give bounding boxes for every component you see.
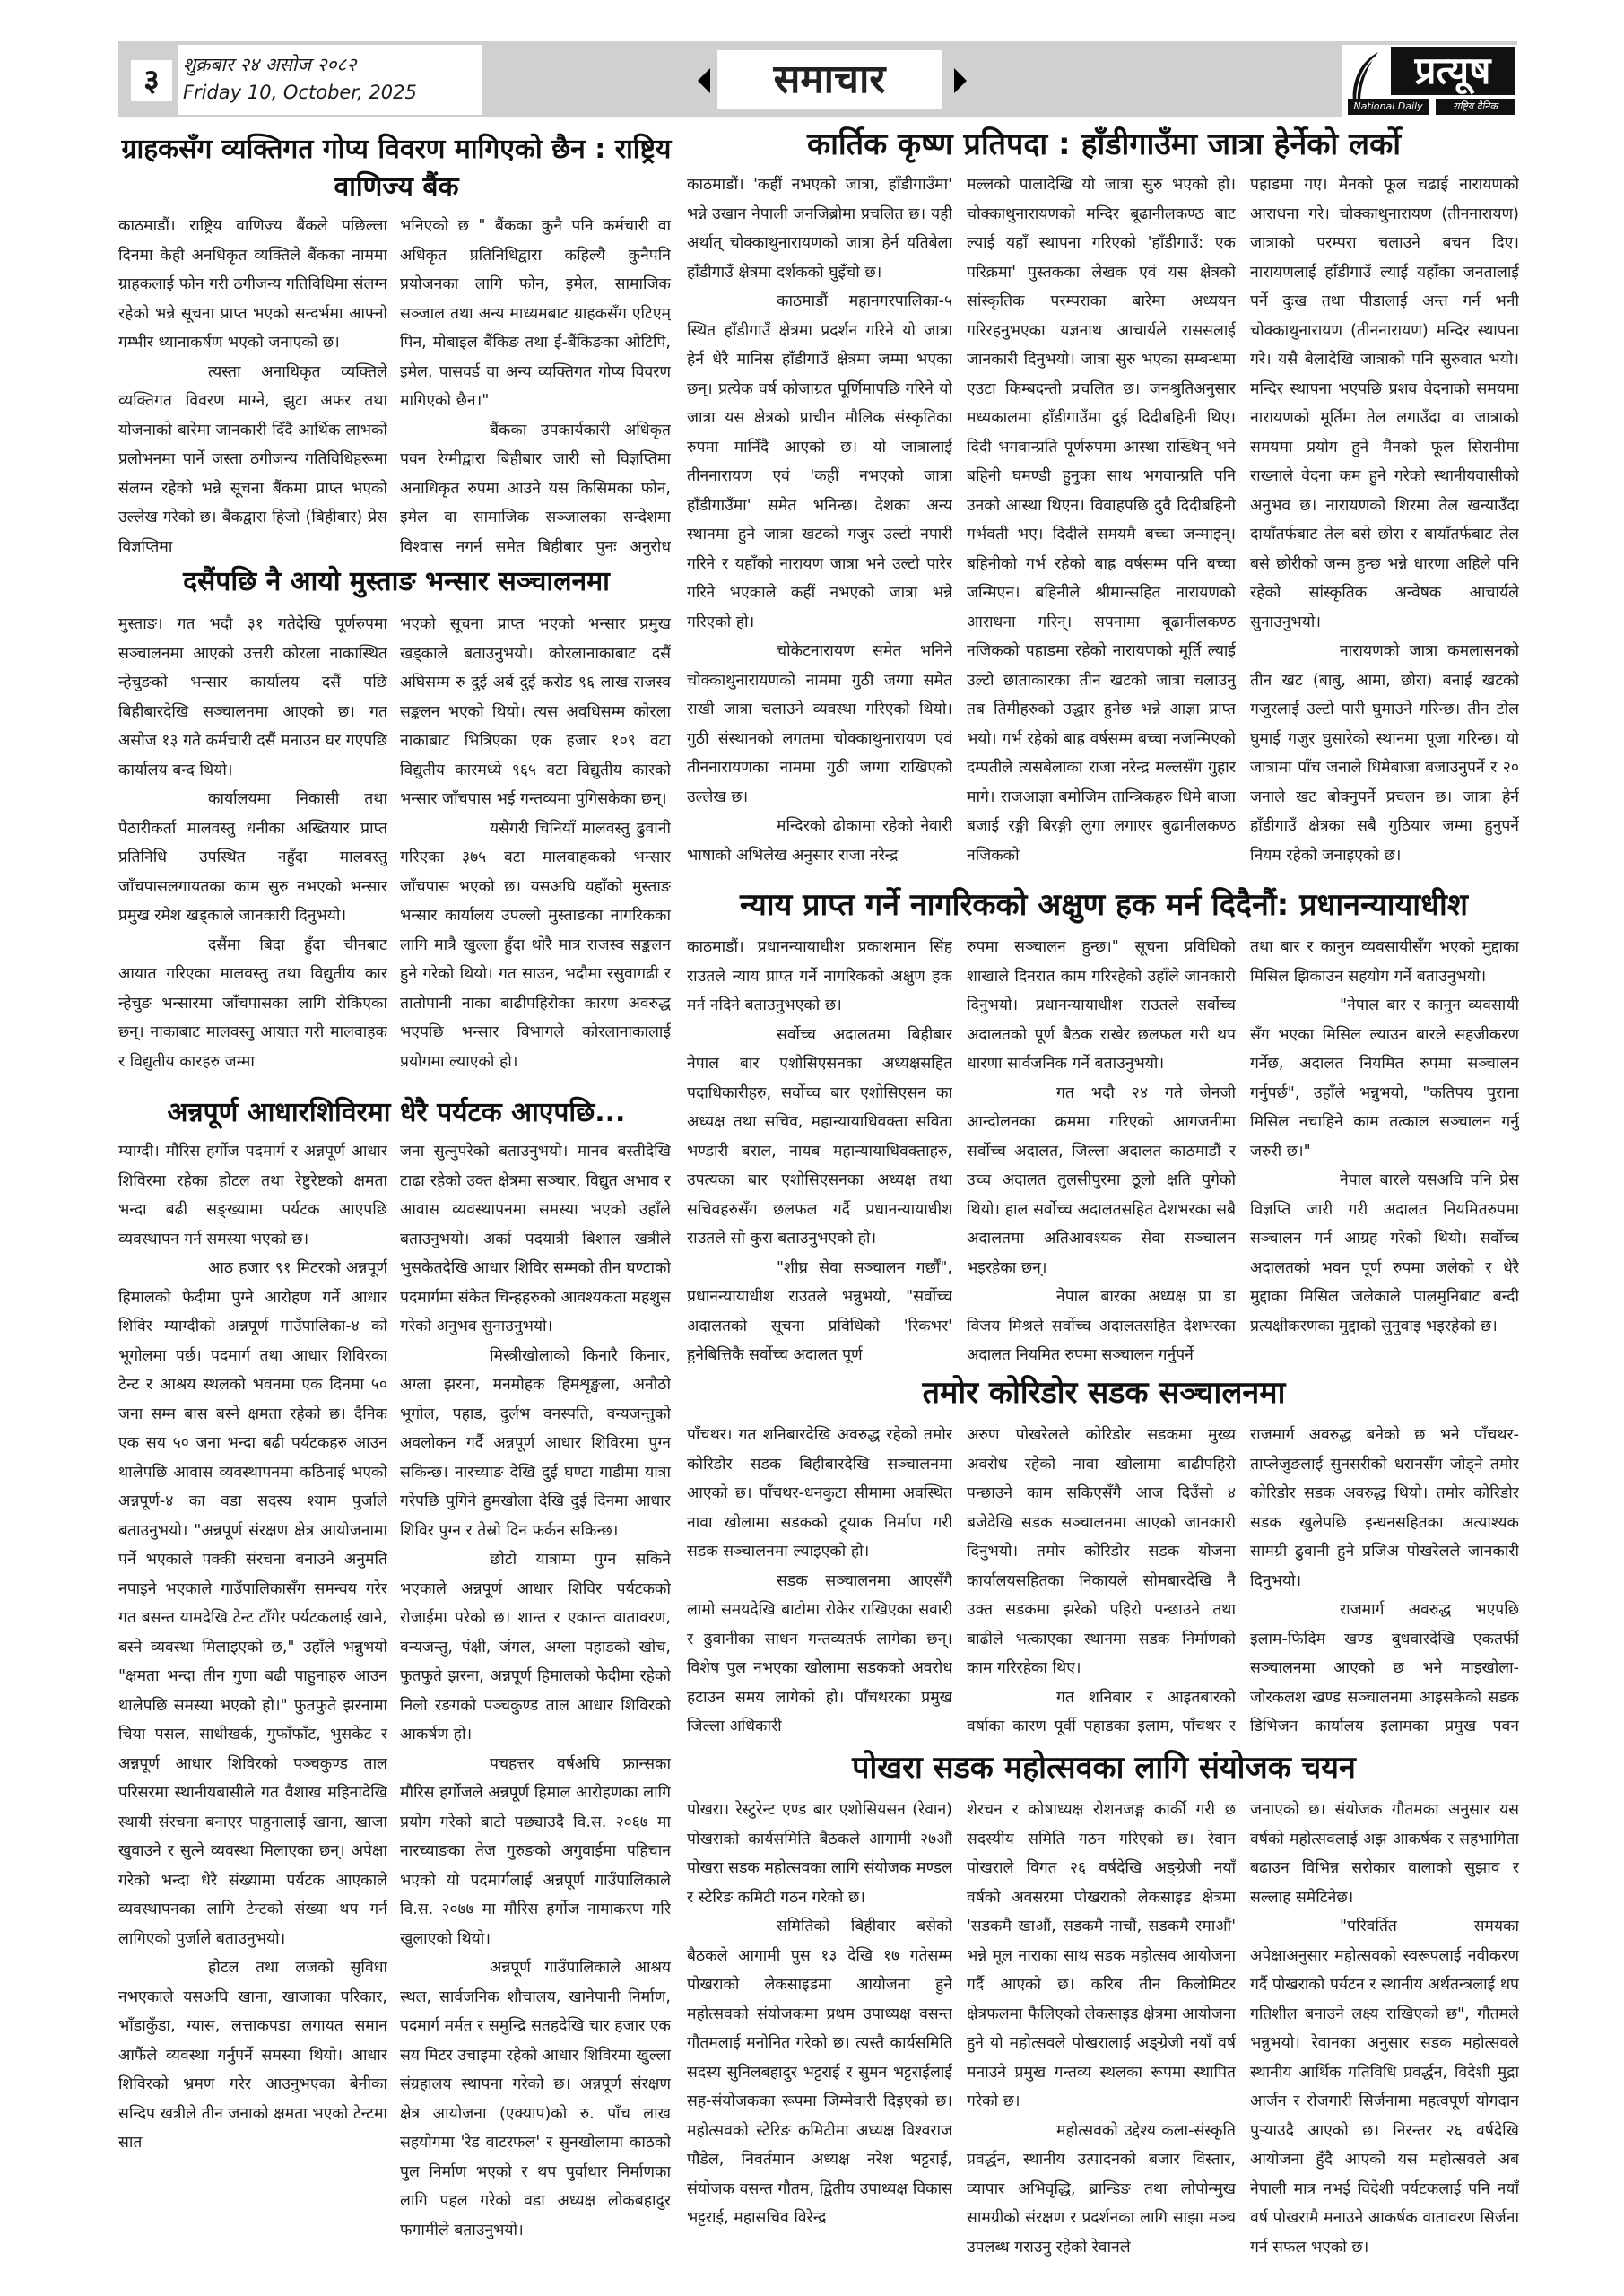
paragraph: मल्लको पालादेखि यो जात्रा सुरु भएको हो। …: [967, 170, 1236, 870]
article-handigaun-col-3: पहाडमा गए। मैनको फूल चढाई नारायणको आराधन…: [1250, 170, 1519, 879]
paragraph: बैंकका उपकार्यकारी अधिकृत पवन रेग्मीद्वा…: [400, 416, 671, 558]
newspaper-page: ३ शुक्रबार २४ असोज २०८२ Friday 10, Octob…: [0, 0, 1624, 2296]
newspaper-logo: प्रत्यूष National Daily राष्ट्रिय दैनिक: [1342, 45, 1517, 117]
paragraph: समितिको बिहीवार बसेको बैठकले आगामी पुस १…: [687, 1912, 952, 2233]
paragraph: आठ हजार ९१ मिटरको अन्नपूर्ण हिमालको फेदी…: [118, 1254, 387, 1953]
article-mustang-col-2: भएको सूचना प्राप्त भएको भन्सार प्रमुख खड…: [400, 610, 671, 1094]
paragraph: "नेपाल बार र कानुन व्यवसायी सँग भएका मिस…: [1250, 991, 1519, 1166]
page-number: ३: [131, 60, 172, 101]
paragraph: नेपाल बारले यसअघि पनि प्रेस विज्ञप्ति जा…: [1250, 1166, 1519, 1341]
paragraph: भएको सूचना प्राप्त भएको भन्सार प्रमुख खड…: [400, 610, 671, 814]
article-bank-col-1: काठमाडौं। राष्ट्रिय वाणिज्य बैंकले पछिल्…: [118, 212, 387, 557]
paragraph: काठमाडौं। 'कहीं नभएको जात्रा, हाँडीगाउँम…: [687, 170, 952, 287]
paragraph: यसैगरी चिनियाँ मालवस्तु ढुवानी गरिएका ३७…: [400, 814, 671, 1077]
arrow-right-icon: [954, 68, 967, 93]
paragraph: जना सुत्नुपरेको बताउनुभयो। मानव बस्तीदेख…: [400, 1137, 671, 1342]
paragraph: कार्यालयमा निकासी तथा पैठारीकर्ता मालवस्…: [118, 785, 387, 931]
article-handigaun-col-1: काठमाडौं। 'कहीं नभएको जात्रा, हाँडीगाउँम…: [687, 170, 952, 879]
article-pokhara-col-3: जनाएको छ। संयोजक गौतमका अनुसार यस वर्षको…: [1250, 1796, 1519, 2262]
paragraph: सर्वोच्च अदालतमा बिहीबार नेपाल बार एशोसि…: [687, 1021, 952, 1254]
headline-bank: ग्राहकसँग व्यक्तिगत गोप्य विवरण मागिएको …: [118, 131, 674, 206]
paragraph: पहाडमा गए। मैनको फूल चढाई नारायणको आराधन…: [1250, 170, 1519, 637]
paragraph: महोत्सवको उद्देश्य कला-संस्कृति प्रवर्द्…: [967, 2117, 1236, 2263]
paragraph: रुपमा सञ्चालन हुन्छ।" सूचना प्रविधिको शा…: [967, 933, 1236, 1079]
article-tamor-col-2: अरुण पोखरेलले कोरिडोर सडकमा मुख्य अवरोध …: [967, 1421, 1236, 1744]
date-nepali: शुक्रबार २४ असोज २०८२: [183, 50, 477, 79]
paragraph: राजमार्ग अवरुद्ध भएपछि इलाम-फिदिम खण्ड ब…: [1250, 1596, 1519, 1744]
paragraph: नेपाल बारका अध्यक्ष प्रा डा विजय मिश्रले…: [967, 1283, 1236, 1363]
paragraph: "शीघ्र सेवा सञ्चालन गर्छौं", प्रधानन्याय…: [687, 1254, 952, 1364]
headline-chief-justice: न्याय प्राप्त गर्ने नागरिकको अक्षुण हक म…: [687, 886, 1521, 925]
paragraph: सडक सञ्चालनमा आएसँगै लामो समयदेखि बाटोमा…: [687, 1567, 952, 1742]
paragraph: अरुण पोखरेलले कोरिडोर सडकमा मुख्य अवरोध …: [967, 1421, 1236, 1683]
article-annapurna-col-1: म्याग्दी। मौरिस हर्गोज पदमार्ग र अन्नपूर…: [118, 1137, 387, 2249]
paragraph: दसैंमा बिदा हुँदा चीनबाट आयात गरिएका माल…: [118, 931, 387, 1077]
article-justice-col-2: रुपमा सञ्चालन हुन्छ।" सूचना प्रविधिको शा…: [967, 933, 1236, 1363]
date-box: शुक्रबार २४ असोज २०८२ Friday 10, October…: [178, 45, 482, 115]
article-pokhara-col-2: शेरचन र कोषाध्यक्ष रोशनजङ्ग कार्की गरी छ…: [967, 1796, 1236, 2262]
paragraph: अन्नपूर्ण गाउँपालिकाले आश्रय स्थल, सार्व…: [400, 1953, 671, 2245]
paragraph: भनिएको छ " बैंकका कुनै पनि कर्मचारी वा अ…: [400, 212, 671, 416]
paragraph: गत शनिबार र आइतबारको वर्षाका कारण पूर्वी…: [967, 1683, 1236, 1744]
paragraph: होटल तथा लजको सुविधा नभएकाले यसअघि खाना,…: [118, 1953, 387, 2158]
paragraph: "परिवर्तित समयका अपेक्षाअनुसार महोत्सवको…: [1250, 1912, 1519, 2262]
paragraph: जनाएको छ। संयोजक गौतमका अनुसार यस वर्षको…: [1250, 1796, 1519, 1912]
article-justice-col-3: तथा बार र कानुन व्यवसायीसँग भएको मुद्दाक…: [1250, 933, 1519, 1363]
headline-tamor: तमोर कोरिडोर सडक सञ्चालनमा: [687, 1374, 1521, 1413]
paragraph: काठमाडौं महानगरपालिका-५ स्थित हाँडीगाउँ …: [687, 287, 952, 637]
headline-handigaun: कार्तिक कृष्ण प्रतिपदा : हाँडीगाउँमा जात…: [687, 126, 1521, 164]
logo-sub-english: National Daily: [1348, 99, 1429, 115]
article-mustang-col-1: मुस्ताङ। गत भदौ ३१ गतेदेखि पूर्णरुपमा सञ…: [118, 610, 387, 1094]
paragraph: मुस्ताङ। गत भदौ ३१ गतेदेखि पूर्णरुपमा सञ…: [118, 610, 387, 785]
paragraph: पोखरा। रेस्टुरेन्ट एण्ड बार एशोसियसन (रे…: [687, 1796, 952, 1912]
quill-icon: [1348, 50, 1384, 104]
paragraph: पचहत्तर वर्षअघि फ्रान्सका मौरिस हर्गोजले…: [400, 1750, 671, 1954]
paragraph: राजमार्ग अवरुद्ध बनेको छ भने पाँचथर-ताप्…: [1250, 1421, 1519, 1596]
paragraph: मिस्त्रीखोलाको किनारै किनार, अग्ला झरना,…: [400, 1342, 671, 1546]
paragraph: शेरचन र कोषाध्यक्ष रोशनजङ्ग कार्की गरी छ…: [967, 1796, 1236, 2117]
arrow-left-icon: [698, 68, 710, 93]
paragraph: पाँचथर। गत शनिबारदेखि अवरुद्ध रहेको तमोर…: [687, 1421, 952, 1567]
article-bank-col-2: भनिएको छ " बैंकका कुनै पनि कर्मचारी वा अ…: [400, 212, 671, 557]
paragraph: काठमाडौं। राष्ट्रिय वाणिज्य बैंकले पछिल्…: [118, 212, 387, 358]
article-tamor-col-3: राजमार्ग अवरुद्ध बनेको छ भने पाँचथर-ताप्…: [1250, 1421, 1519, 1744]
headline-mustang: दसैंपछि नै आयो मुस्ताङ भन्सार सञ्चालनमा: [118, 565, 674, 599]
section-label: समाचार: [717, 50, 942, 109]
paragraph: चोकेटनारायण समेत भनिने चोक्काथुनारायणको …: [687, 637, 952, 812]
article-annapurna-col-2: जना सुत्नुपरेको बताउनुभयो। मानव बस्तीदेख…: [400, 1137, 671, 2249]
paragraph: काठमाडौं। प्रधानन्यायाधीश प्रकाशमान सिंह…: [687, 933, 952, 1021]
paragraph: त्यस्ता अनाधिकृत व्यक्तिले व्यक्तिगत विव…: [118, 358, 387, 558]
paragraph: नारायणको जात्रा कमलासनको तीन खट (बाबु, आ…: [1250, 637, 1519, 870]
paragraph: मन्दिरको ढोकामा रहेको नेवारी भाषाको अभिल…: [687, 812, 952, 870]
paragraph: छोटो यात्रामा पुग्न सकिने भएकाले अन्नपूर…: [400, 1545, 671, 1750]
logo-wordmark: प्रत्यूष: [1391, 47, 1515, 95]
paragraph: म्याग्दी। मौरिस हर्गोज पदमार्ग र अन्नपूर…: [118, 1137, 387, 1254]
date-english: Friday 10, October, 2025: [183, 79, 477, 106]
paragraph: तथा बार र कानुन व्यवसायीसँग भएको मुद्दाक…: [1250, 933, 1519, 991]
headline-pokhara: पोखरा सडक महोत्सवका लागि संयोजक चयन: [687, 1749, 1521, 1787]
logo-sub-nepali: राष्ट्रिय दैनिक: [1436, 99, 1515, 115]
headline-annapurna: अन्नपूर्ण आधारशिविरमा धेरै पर्यटक आएपछि.…: [118, 1096, 674, 1130]
article-tamor-col-1: पाँचथर। गत शनिबारदेखि अवरुद्ध रहेको तमोर…: [687, 1421, 952, 1744]
article-justice-col-1: काठमाडौं। प्रधानन्यायाधीश प्रकाशमान सिंह…: [687, 933, 952, 1363]
article-pokhara-col-1: पोखरा। रेस्टुरेन्ट एण्ड बार एशोसियसन (रे…: [687, 1796, 952, 2262]
article-handigaun-col-2: मल्लको पालादेखि यो जात्रा सुरु भएको हो। …: [967, 170, 1236, 879]
paragraph: गत भदौ २४ गते जेनजी आन्दोलनका क्रममा गरि…: [967, 1079, 1236, 1283]
